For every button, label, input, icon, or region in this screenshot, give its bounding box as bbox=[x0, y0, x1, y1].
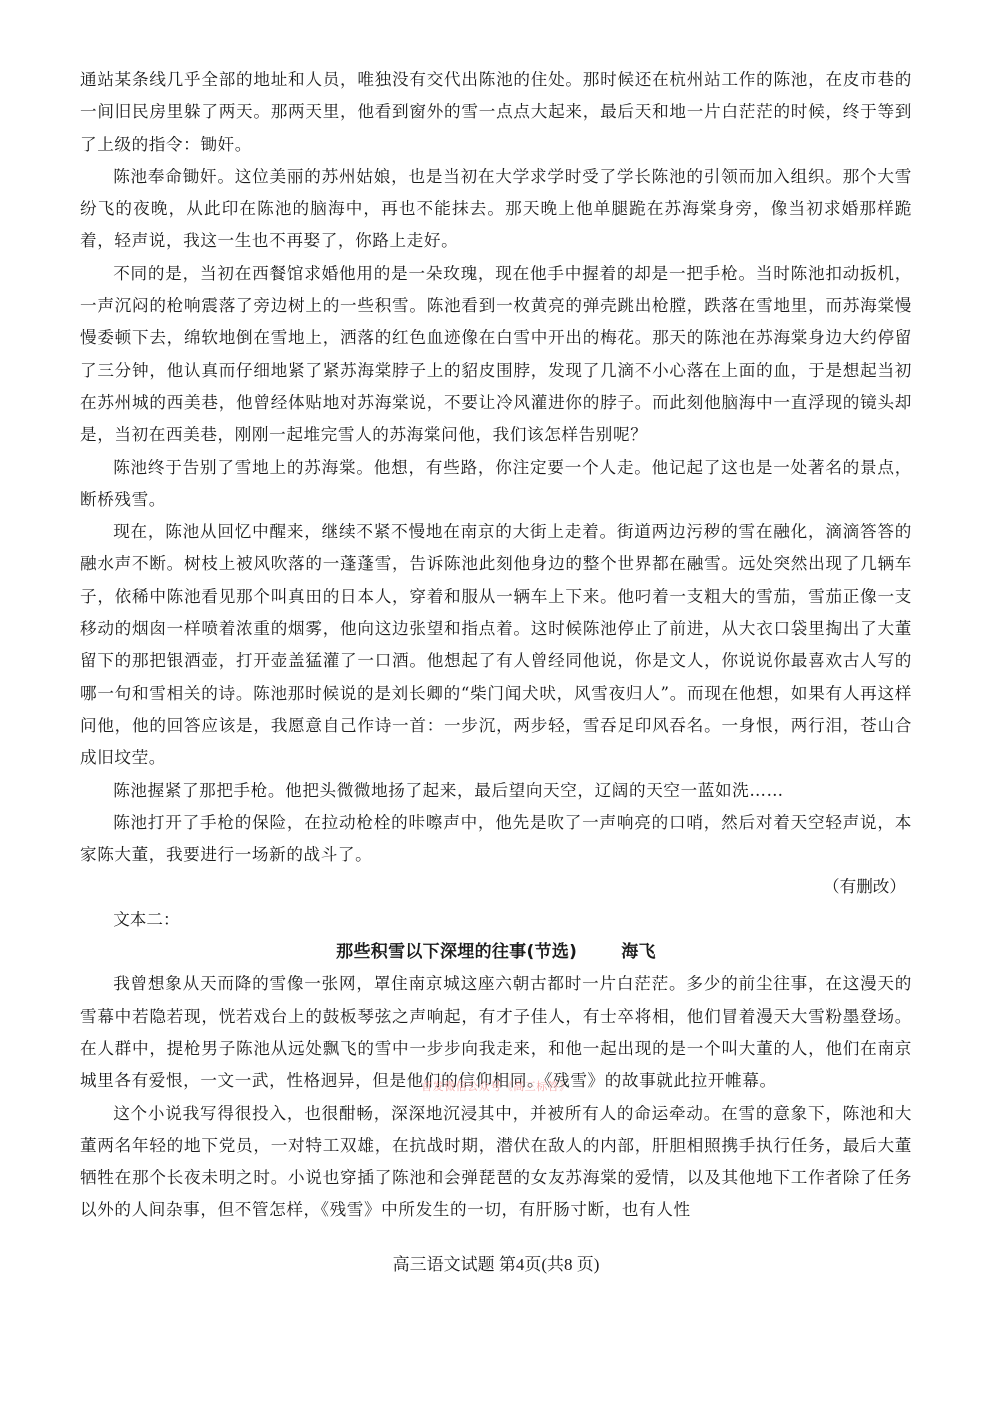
author-name: 海飞 bbox=[621, 942, 656, 962]
paragraph: 陈池奉命锄奸。这位美丽的苏州姑娘，也是当初在大学求学时受了学长陈池的引领而加入组… bbox=[80, 161, 912, 258]
title-text: 那些积雪以下深埋的往事(节选) bbox=[336, 942, 577, 962]
watermark: 首发微信公众号《高三标答》 bbox=[0, 1078, 992, 1094]
paragraph: 陈池握紧了那把手枪。他把头微微地扬了起来，最后望向天空，辽阔的天空一蓝如洗…… bbox=[80, 775, 912, 807]
source-note: （有删改） bbox=[80, 871, 912, 903]
article-title: 那些积雪以下深埋的往事(节选)海飞 bbox=[80, 936, 912, 968]
paragraph: 陈池终于告别了雪地上的苏海棠。他想，有些路，你注定要一个人走。他记起了这也是一处… bbox=[80, 452, 912, 517]
exam-page-body: 通站某条线几乎全部的地址和人员，唯独没有交代出陈池的住处。那时候还在杭州站工作的… bbox=[80, 64, 912, 1227]
paragraph: 陈池打开了手枪的保险，在拉动枪栓的咔嚓声中，他先是吹了一声响亮的口哨，然后对着天… bbox=[80, 807, 912, 872]
page-footer: 高三语文试题 第4页(共8 页) bbox=[0, 1250, 992, 1275]
paragraph: 这个小说我写得很投入，也很酣畅，深深地沉浸其中，并被所有人的命运牵动。在雪的意象… bbox=[80, 1098, 912, 1227]
paragraph: 通站某条线几乎全部的地址和人员，唯独没有交代出陈池的住处。那时候还在杭州站工作的… bbox=[80, 64, 912, 161]
section-label: 文本二： bbox=[80, 904, 912, 936]
paragraph: 现在，陈池从回忆中醒来，继续不紧不慢地在南京的大街上走着。街道两边污秽的雪在融化… bbox=[80, 516, 912, 774]
paragraph: 不同的是，当初在西餐馆求婚他用的是一朵玫瑰，现在他手中握着的却是一把手枪。当时陈… bbox=[80, 258, 912, 452]
